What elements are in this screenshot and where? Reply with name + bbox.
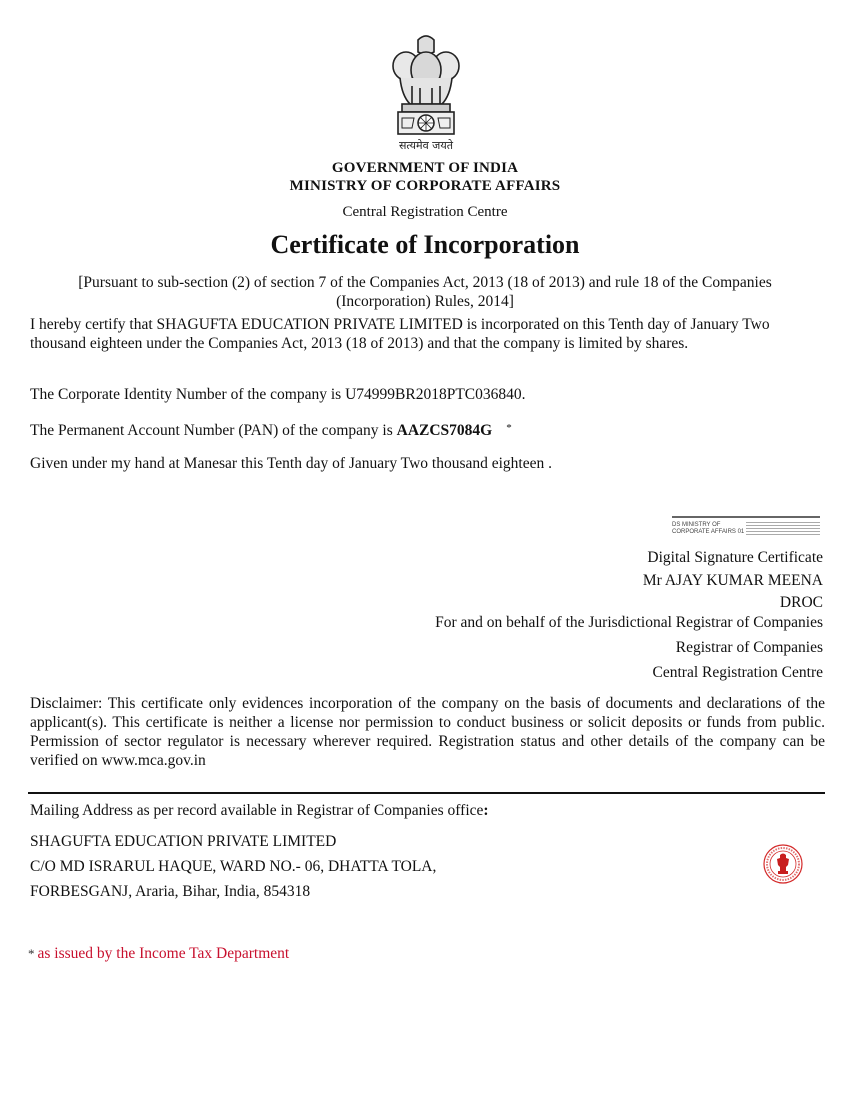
cin-statement: The Corporate Identity Number of the com… (30, 385, 825, 404)
on-behalf-text: For and on behalf of the Jurisdictional … (435, 614, 823, 632)
disclaimer-text: Disclaimer: This certificate only eviden… (30, 694, 825, 770)
mailing-heading-colon: : (483, 802, 488, 819)
pursuant-clause: [Pursuant to sub-section (2) of section … (30, 273, 820, 311)
address-line: SHAGUFTA EDUCATION PRIVATE LIMITED (30, 832, 825, 851)
address-line: FORBESGANJ, Araria, Bihar, India, 854318 (30, 882, 825, 901)
pan-value: AAZCS7084G (397, 422, 493, 439)
registrar-centre: Central Registration Centre (653, 664, 823, 682)
signer-designation: DROC (780, 594, 823, 612)
emblem-motto: सत्यमेव जयते (376, 138, 476, 153)
footnote-marker: * (28, 946, 35, 961)
footnote-text: as issued by the Income Tax Department (38, 945, 290, 962)
signature-stamp-label: DS MINISTRY OF CORPORATE AFFAIRS 01 (672, 518, 746, 542)
government-heading: GOVERNMENT OF INDIA (0, 160, 850, 177)
pan-footnote: *as issued by the Income Tax Department (28, 945, 289, 963)
given-statement: Given under my hand at Manesar this Tent… (30, 454, 825, 473)
ministry-seal-icon (762, 843, 804, 885)
centre-name: Central Registration Centre (0, 204, 850, 221)
signature-details-lines (746, 518, 820, 542)
document-title: Certificate of Incorporation (0, 230, 850, 260)
mailing-address-heading: Mailing Address as per record available … (30, 801, 825, 820)
pan-statement: The Permanent Account Number (PAN) of th… (30, 421, 825, 440)
address-line: C/O MD ISRARUL HAQUE, WARD NO.- 06, DHAT… (30, 857, 825, 876)
certification-text: I hereby certify that SHAGUFTA EDUCATION… (30, 315, 825, 353)
pan-label: The Permanent Account Number (PAN) of th… (30, 422, 397, 439)
digital-signature-stamp: DS MINISTRY OF CORPORATE AFFAIRS 01 (672, 516, 820, 542)
state-emblem-icon (388, 30, 464, 152)
pan-footnote-marker: * (506, 422, 512, 434)
ministry-heading: MINISTRY OF CORPORATE AFFAIRS (0, 178, 850, 195)
registrar-office: Registrar of Companies (676, 639, 823, 657)
signature-type: Digital Signature Certificate (647, 549, 823, 567)
mailing-heading-text: Mailing Address as per record available … (30, 802, 483, 819)
section-divider (28, 792, 825, 794)
signer-name: Mr AJAY KUMAR MEENA (643, 572, 823, 590)
